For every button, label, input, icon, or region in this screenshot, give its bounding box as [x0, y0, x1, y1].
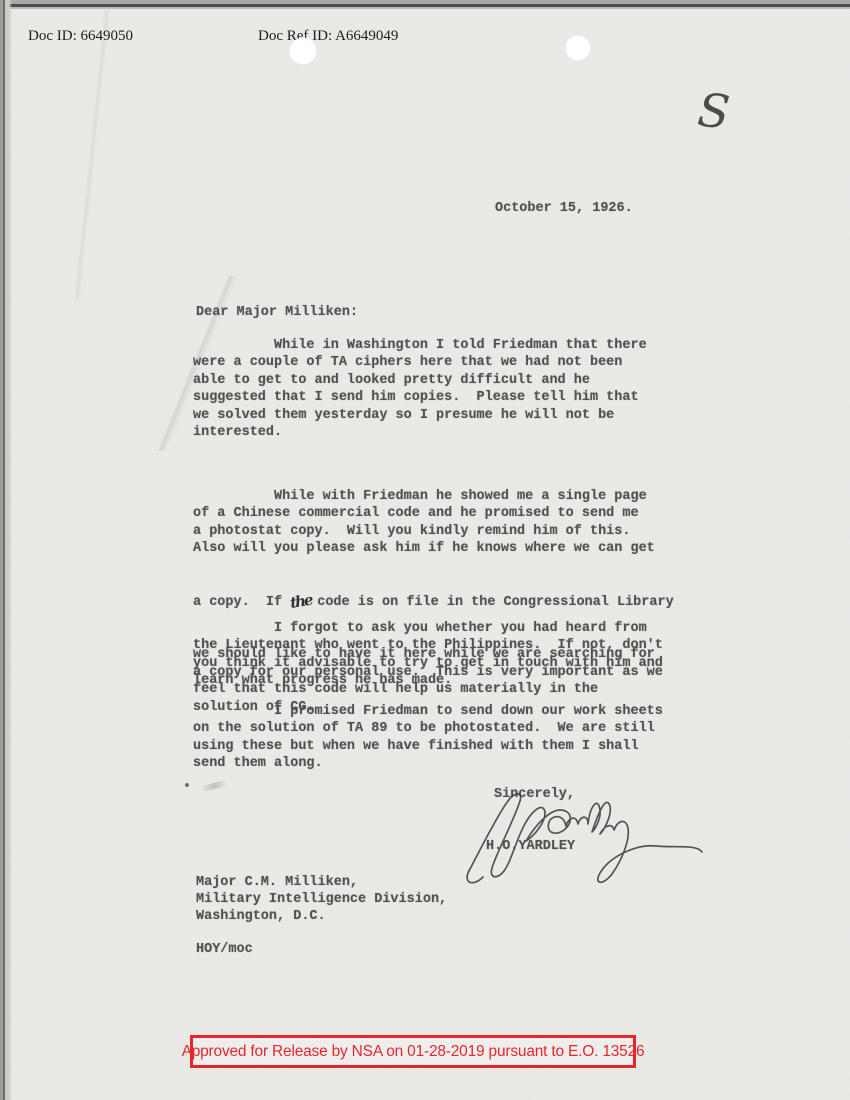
paper-crease — [52, 10, 132, 300]
hole-punch-right — [566, 36, 590, 60]
scanned-letter-page: Doc ID: 6649050 Doc Ref ID: A6649049 S O… — [0, 0, 850, 1100]
doc-id-label: Doc ID: 6649050 — [28, 28, 133, 45]
paragraph-1: While in Washington I told Friedman that… — [193, 337, 647, 441]
paragraph-2-lines-before: While with Friedman he showed me a singl… — [193, 488, 674, 558]
scan-edge-left — [0, 0, 12, 1100]
insert-line-post: code is on file in the Congressional Lib… — [317, 595, 673, 610]
ink-smudge — [200, 780, 229, 793]
handwritten-s-mark: S — [696, 86, 732, 135]
release-stamp-text: Approved for Release by NSA on 01-28-201… — [182, 1043, 645, 1061]
paragraph-2-insert-line: a copy. If thecode is on file in the Con… — [193, 592, 674, 611]
ink-dot — [185, 783, 189, 787]
typed-signature-name: H.O.YARDLEY — [486, 838, 575, 855]
letter-date: October 15, 1926. — [495, 200, 633, 217]
recipient-address: Major C.M. Milliken, Military Intelligen… — [196, 874, 447, 925]
hole-punch-left — [290, 38, 316, 64]
release-stamp: Approved for Release by NSA on 01-28-201… — [190, 1035, 636, 1068]
paragraph-4: I promised Friedman to send down our wor… — [193, 703, 663, 773]
salutation: Dear Major Milliken: — [196, 304, 358, 321]
typist-initials: HOY/moc — [196, 941, 253, 958]
handwritten-the-insertion: the — [289, 591, 317, 612]
insert-line-pre: a copy. If — [193, 595, 290, 610]
paragraph-3: I forgot to ask you whether you had hear… — [193, 620, 663, 690]
doc-ref-id-label: Doc Ref ID: A6649049 — [258, 28, 398, 45]
closing: Sincerely, — [494, 786, 575, 803]
scan-edge-top — [0, 0, 850, 9]
